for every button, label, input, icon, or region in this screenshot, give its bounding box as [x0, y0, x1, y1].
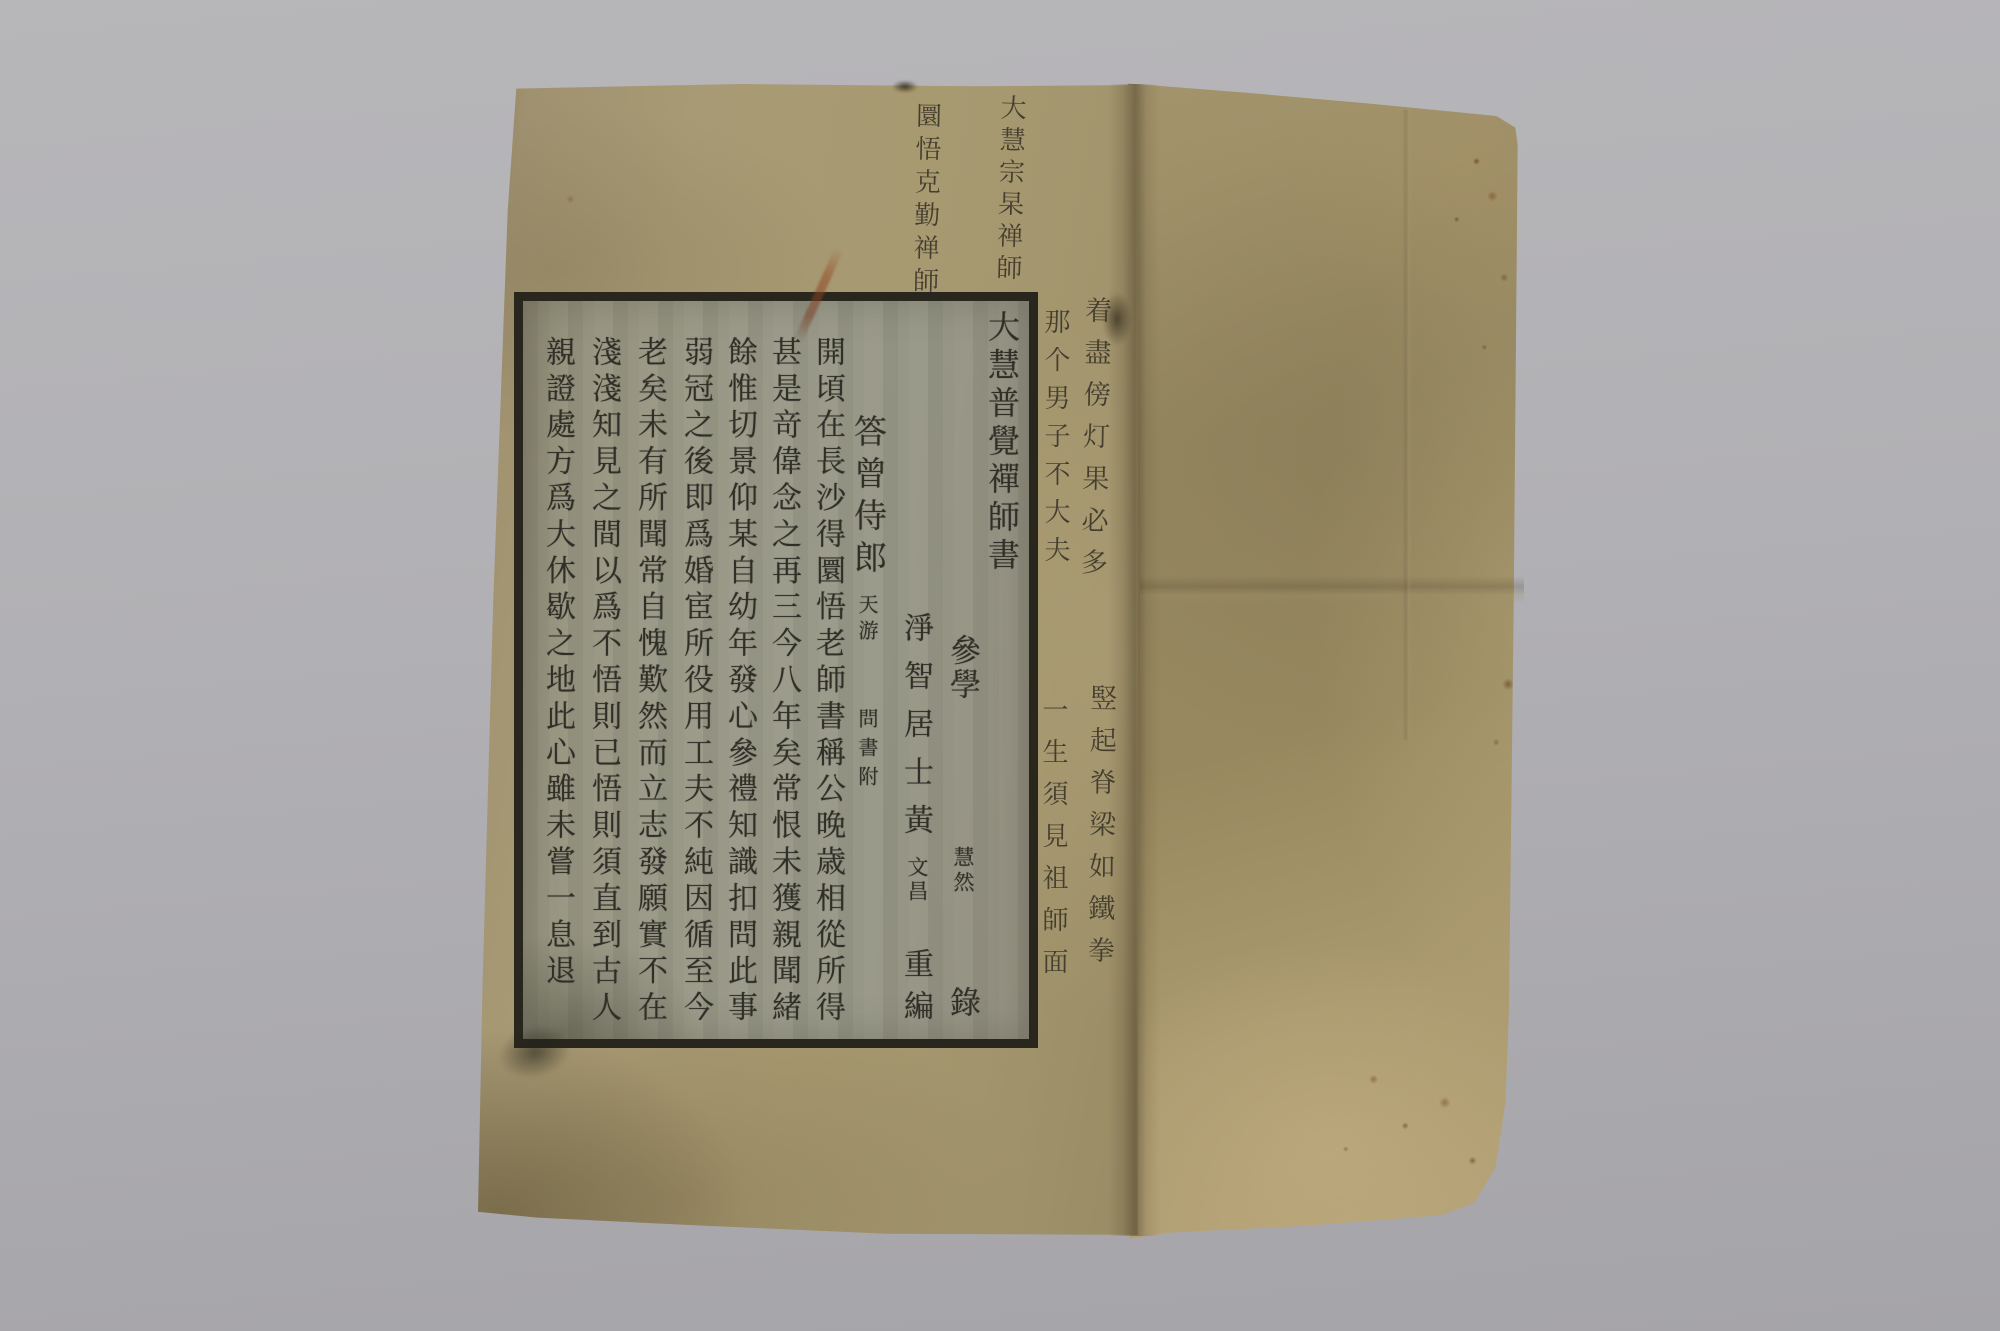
printed-text-column-7: 親證處方爲大休歇之地此心雖未嘗一息退: [542, 336, 572, 991]
printed-text-column-3: 餘惟切景仰某自幼年發心參禮知識扣問此事: [724, 336, 754, 1028]
recorder-column-name-small: 慧然: [952, 846, 973, 896]
right-page-horizontal-crease: [1140, 576, 1524, 604]
printed-text-column-6: 淺淺知見之間以爲不悟則已悟則須直到古人: [588, 336, 618, 1028]
photo-backdrop: 大慧宗杲禅師 圜悟克勤禅師 着盡傍灯果必多 那个男子不大夫 竪起脊梁如鐵拳 一生…: [0, 0, 2000, 1331]
printed-text-column-5: 老矣未有所聞常自愧歎然而立志發願實不在: [634, 336, 664, 1028]
printed-text-column-1: 開頃在長沙得圜悟老師書稱公晚歳相從所得: [812, 336, 842, 1028]
letter-heading-note-upper: 天游: [857, 594, 877, 646]
stain-top-edge: [892, 80, 918, 93]
printed-text-column-4: 弱冠之後即爲婚宦所役用工夫不純因循至今: [680, 336, 710, 1028]
editor-column-name-small: 文昌: [906, 856, 927, 904]
letter-heading-column: 答曾侍郎: [852, 414, 885, 582]
handwritten-gutter-upper-right-column: 着盡傍灯果必多: [1077, 296, 1109, 590]
printed-text-column-2: 甚是竒偉念之再三今八年矣常恨未獲親聞緒: [768, 336, 798, 1028]
center-fold-shadow: [1108, 84, 1160, 1236]
right-blank-page: [1128, 80, 1524, 1242]
right-page-vertical-crease: [1402, 110, 1412, 740]
handwritten-gutter-lower-left-column: 一生須見祖師面: [1040, 696, 1066, 990]
letter-heading-note-lower: 問書附: [857, 708, 877, 795]
book-title-column: 大慧普覺禪師書: [986, 310, 1018, 576]
editor-column-head: 淨智居士黃: [900, 612, 930, 852]
editor-column-tail: 重編: [900, 948, 930, 1032]
handwritten-top-margin-left-column: 圜悟克勤禅師: [910, 102, 939, 300]
recorder-column-head: 參學: [946, 634, 977, 702]
handwritten-gutter-lower-right-column: 竪起脊梁如鐵拳: [1085, 684, 1115, 978]
recorder-column-tail: 錄: [946, 986, 977, 1017]
handwritten-gutter-upper-left-column: 那个男子不大夫: [1042, 308, 1068, 574]
handwritten-top-margin-right-column: 大慧宗杲禅師: [993, 94, 1024, 287]
